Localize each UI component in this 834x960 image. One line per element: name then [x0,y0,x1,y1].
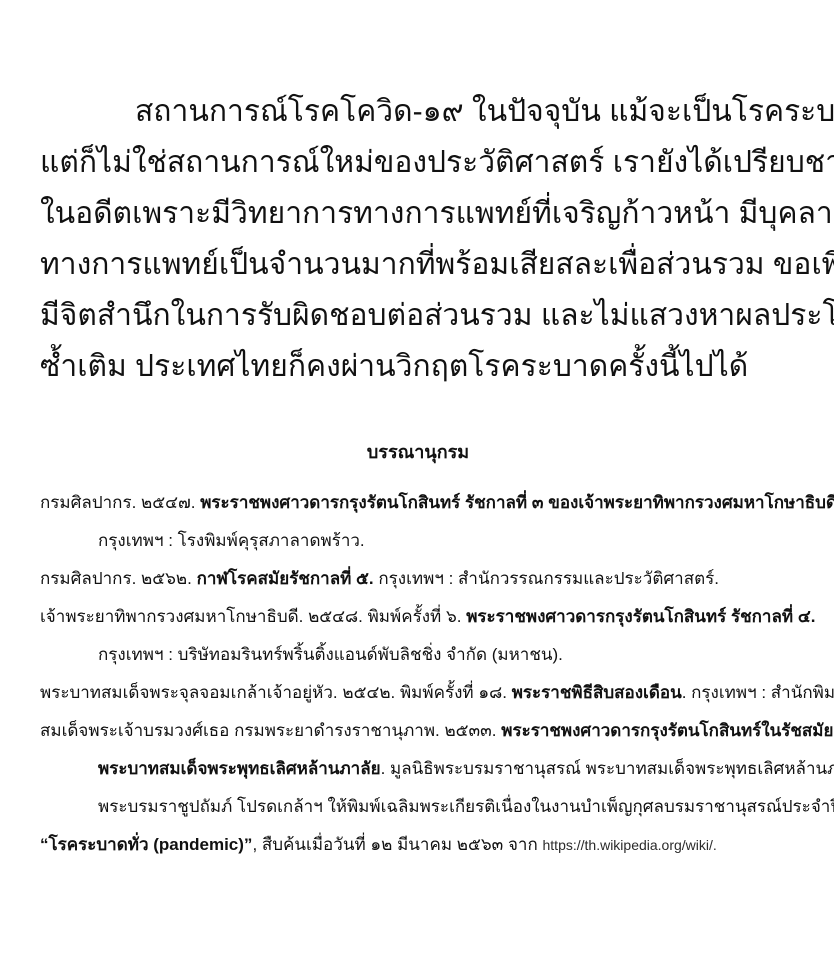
citation-title: พระราชพงศาวดารกรุงรัตนโกสินทร์ รัชกาลที่… [466,607,815,626]
bibliography-entry: กรมศิลปากร. ๒๕๔๗. พระราชพงศาวดารกรุงรัตน… [40,484,796,560]
document-page: สถานการณ์โรคโควิด-๑๙ ในปัจจุบัน แม้จะเป็… [0,0,834,960]
citation-author-year: กรมศิลปากร. ๒๕๔๗. [40,493,200,512]
citation-line: สมเด็จพระเจ้าบรมวงศ์เธอ กรมพระยาดำรงราชา… [40,712,796,750]
bibliography-entry: สมเด็จพระเจ้าบรมวงศ์เธอ กรมพระยาดำรงราชา… [40,712,796,826]
citation-line: พระบาทสมเด็จพระจุลจอมเกล้าเจ้าอยู่หัว. ๒… [40,674,796,712]
citation-line: กรุงเทพฯ : บริษัทอมรินทร์พริ้นติ้งแอนด์พ… [40,636,796,674]
citation-author-year: เจ้าพระยาทิพากรวงศมหาโกษาธิบดี. ๒๕๔๘. พิ… [40,607,466,626]
citation-line: พระบรมราชูปถัมภ์ โปรดเกล้าฯ ให้พิมพ์เฉลิ… [40,788,796,826]
citation-title: พระบาทสมเด็จพระพุทธเลิศหล้านภาลัย [98,759,381,778]
citation-author-year: กรมศิลปากร. ๒๕๖๒. [40,569,197,588]
citation-author-year: พระบาทสมเด็จพระจุลจอมเกล้าเจ้าอยู่หัว. ๒… [40,683,512,702]
bibliography-entry: กรมศิลปากร. ๒๕๖๒. กาฬโรคสมัยรัชกาลที่ ๕.… [40,560,796,598]
citation-title: “โรคระบาดทั่ว (pandemic)” [40,835,252,854]
bibliography-heading: บรรณานุกรม [40,440,796,464]
citation-title: กาฬโรคสมัยรัชกาลที่ ๕. [197,569,374,588]
citation-author-year: สมเด็จพระเจ้าบรมวงศ์เธอ กรมพระยาดำรงราชา… [40,721,501,740]
citation-line: กรมศิลปากร. ๒๕๖๒. กาฬโรคสมัยรัชกาลที่ ๕.… [40,560,796,598]
citation-publisher: พระบรมราชูปถัมภ์ โปรดเกล้าฯ ให้พิมพ์เฉลิ… [98,797,834,816]
citation-publisher: กรุงเทพฯ : สำนักวรรณกรรมและประวัติศาสตร์… [374,569,719,588]
bibliography-entry: “โรคระบาดทั่ว (pandemic)”, สืบค้นเมื่อวั… [40,826,796,864]
essay-line: ทางการแพทย์เป็นจำนวนมากที่พร้อมเสียสละเพ… [40,239,796,290]
essay-line: ซ้ำเติม ประเทศไทยก็คงผ่านวิกฤตโรคระบาดคร… [40,341,796,392]
essay-line: แต่ก็ไม่ใช่สถานการณ์ใหม่ของประวัติศาสตร์… [40,137,796,188]
citation-publisher: . กรุงเทพฯ : สำนักพิมพ์บรรณาคาร. [682,683,834,702]
citation-line: พระบาทสมเด็จพระพุทธเลิศหล้านภาลัย. มูลนิ… [40,750,796,788]
bibliography-entry: พระบาทสมเด็จพระจุลจอมเกล้าเจ้าอยู่หัว. ๒… [40,674,796,712]
bibliography-list: กรมศิลปากร. ๒๕๔๗. พระราชพงศาวดารกรุงรัตน… [40,484,796,864]
citation-publisher: กรุงเทพฯ : โรงพิมพ์คุรุสภาลาดพร้าว. [98,531,365,550]
essay-line: สถานการณ์โรคโควิด-๑๙ ในปัจจุบัน แม้จะเป็… [40,86,796,137]
citation-line: เจ้าพระยาทิพากรวงศมหาโกษาธิบดี. ๒๕๔๘. พิ… [40,598,796,636]
citation-title: พระราชพงศาวดารกรุงรัตนโกสินทร์ในรัชสมัย [501,721,833,740]
citation-line: กรุงเทพฯ : โรงพิมพ์คุรุสภาลาดพร้าว. [40,522,796,560]
citation-retrieval-date: , สืบค้นเมื่อวันที่ ๑๒ มีนาคม ๒๕๖๓ จาก [252,835,542,854]
citation-url: https://th.wikipedia.org/wiki/. [543,837,717,853]
essay-paragraph: สถานการณ์โรคโควิด-๑๙ ในปัจจุบัน แม้จะเป็… [40,0,796,392]
citation-publisher: . มูลนิธิพระบรมราชานุสรณ์ พระบาทสมเด็จพร… [381,759,834,778]
citation-line: “โรคระบาดทั่ว (pandemic)”, สืบค้นเมื่อวั… [40,826,796,864]
citation-title: พระราชพงศาวดารกรุงรัตนโกสินทร์ รัชกาลที่… [200,493,834,512]
citation-title: พระราชพิธีสิบสองเดือน [512,683,682,702]
citation-publisher: กรุงเทพฯ : บริษัทอมรินทร์พริ้นติ้งแอนด์พ… [98,645,563,664]
essay-line: ในอดีตเพราะมีวิทยาการทางการแพทย์ที่เจริญ… [40,188,796,239]
bibliography-entry: เจ้าพระยาทิพากรวงศมหาโกษาธิบดี. ๒๕๔๘. พิ… [40,598,796,674]
essay-line: มีจิตสำนึกในการรับผิดชอบต่อส่วนรวม และไม… [40,290,796,341]
citation-line: กรมศิลปากร. ๒๕๔๗. พระราชพงศาวดารกรุงรัตน… [40,484,796,522]
